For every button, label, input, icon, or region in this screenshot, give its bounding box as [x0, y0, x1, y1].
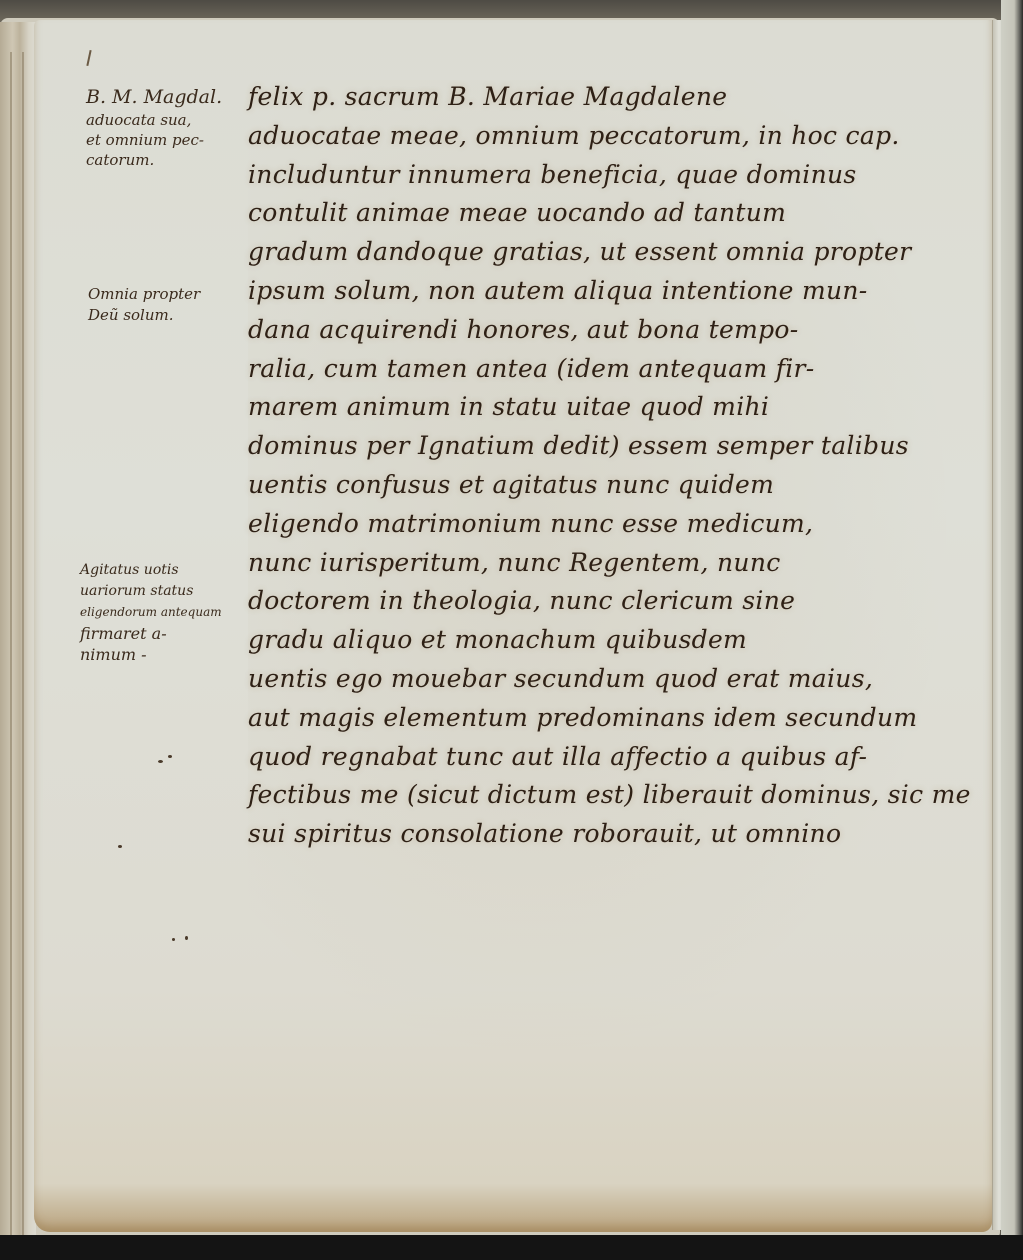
text-line: contulit animae meae uocando ad tantum — [248, 194, 968, 233]
text-line: doctorem in theologia, nunc clericum sin… — [248, 582, 968, 621]
margin-note-line: firmaret a- — [80, 623, 222, 644]
text-line: ipsum solum, non autem aliqua intentione… — [248, 272, 968, 311]
margin-note-line: B. M. Magdal. — [86, 84, 222, 110]
ink-speck — [168, 755, 172, 758]
margin-note-magdalene: B. M. Magdal. aduocata sua, et omnium pe… — [86, 84, 222, 170]
text-line: ralia, cum tamen antea (idem antequam fi… — [248, 350, 968, 389]
next-page-edge — [1001, 0, 1023, 1260]
text-line: nunc iurisperitum, nunc Regentem, nunc — [248, 544, 968, 583]
dark-background-bottom — [0, 1235, 1023, 1260]
text-line: gradum dandoque gratias, ut essent omnia… — [248, 233, 968, 272]
text-line: sui spiritus consolatione roborauit, ut … — [248, 815, 968, 854]
gutter-crease — [22, 52, 24, 1252]
ink-speck — [158, 760, 163, 763]
text-line: felix p. sacrum B. Mariae Magdalene — [248, 78, 968, 117]
margin-note-agitatus: Agitatus uotis uariorum status eligendor… — [80, 560, 222, 665]
margin-note-line: Deũ solum. — [88, 305, 200, 326]
margin-note-line: Omnia propter — [88, 284, 200, 305]
ink-speck — [185, 936, 188, 940]
text-line: gradu aliquo et monachum quibusdem — [248, 621, 968, 660]
text-line: uentis confusus et agitatus nunc quidem — [248, 466, 968, 505]
margin-note-omnia: Omnia propter Deũ solum. — [88, 284, 200, 326]
text-line: uentis ego mouebar secundum quod erat ma… — [248, 660, 968, 699]
text-line: dana acquirendi honores, aut bona tempo- — [248, 311, 968, 350]
margin-note-line: Agitatus uotis — [80, 560, 222, 581]
book-spine-gutter — [0, 22, 36, 1237]
gutter-crease — [10, 52, 12, 1252]
text-line: aut magis elementum predominans idem sec… — [248, 699, 968, 738]
text-line: includuntur innumera beneficia, quae dom… — [248, 156, 968, 195]
text-line: dominus per Ignatium dedit) essem semper… — [248, 427, 968, 466]
text-line: eligendo matrimonium nunc esse medicum, — [248, 505, 968, 544]
text-line: marem animum in statu uitae quod mihi — [248, 388, 968, 427]
ink-speck — [118, 845, 122, 848]
text-line: fectibus me (sicut dictum est) liberauit… — [248, 776, 968, 815]
margin-note-line: catorum. — [86, 150, 222, 170]
margin-note-line: nimum - — [80, 644, 222, 665]
margin-note-line: aduocata sua, — [86, 110, 222, 130]
margin-note-line: eligendorum antequam — [80, 602, 222, 623]
margin-note-line: uariorum status — [80, 581, 222, 602]
text-line: aduocatae meae, omnium peccatorum, in ho… — [248, 117, 968, 156]
ink-speck — [172, 938, 175, 941]
margin-note-line: et omnium pec- — [86, 130, 222, 150]
main-text-block: felix p. sacrum B. Mariae Magdalene aduo… — [248, 78, 968, 854]
text-line: quod regnabat tunc aut illa affectio a q… — [248, 738, 968, 777]
